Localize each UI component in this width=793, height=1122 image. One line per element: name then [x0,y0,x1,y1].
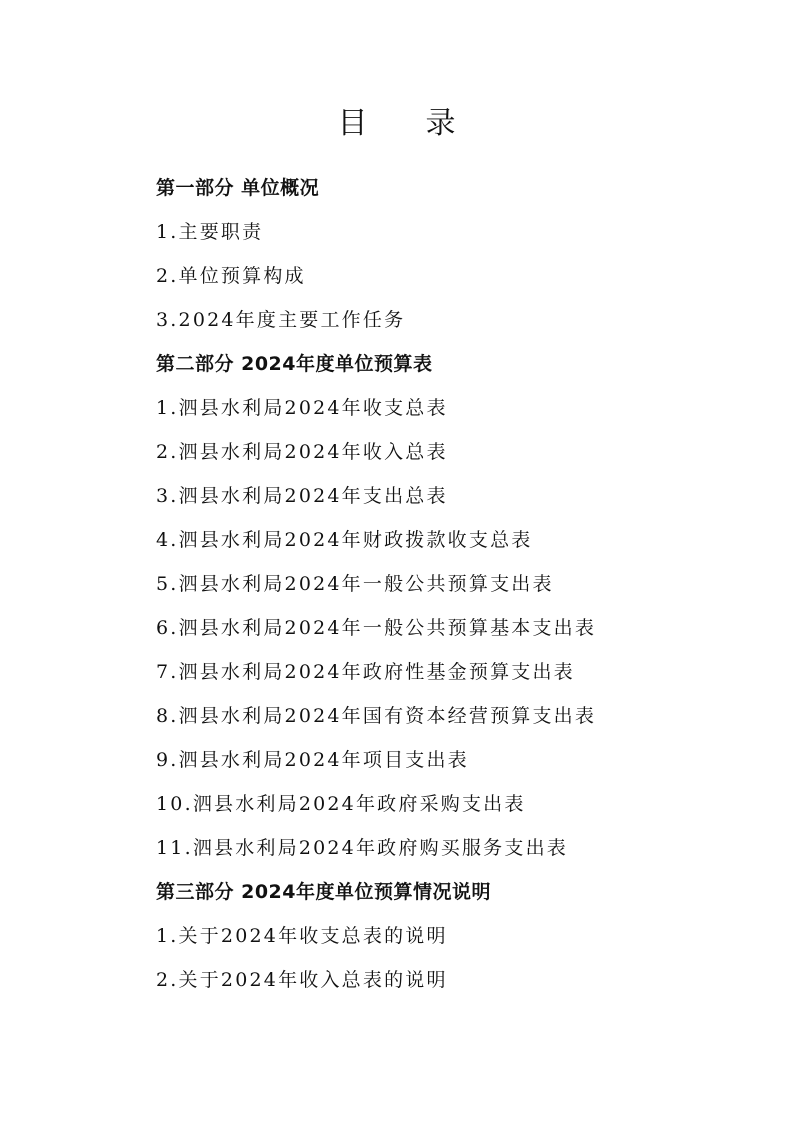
toc-entry: 8.泗县水利局2024年国有资本经营预算支出表 [156,703,596,729]
page-title: 目录 [0,98,793,142]
toc-entry: 1.主要职责 [156,219,263,245]
toc-entry: 6.泗县水利局2024年一般公共预算基本支出表 [156,615,596,641]
toc-entry: 3.2024年度主要工作任务 [156,307,405,333]
toc-entry: 2.泗县水利局2024年收入总表 [156,439,448,465]
toc-entry: 10.泗县水利局2024年政府采购支出表 [156,791,526,817]
toc-entry: 2.单位预算构成 [156,263,306,289]
toc-entry: 3.泗县水利局2024年支出总表 [156,483,448,509]
toc-entry: 1.关于2024年收支总表的说明 [156,923,448,949]
title-char-1: 目 [338,98,368,142]
toc-entry: 4.泗县水利局2024年财政拨款收支总表 [156,527,532,553]
toc-entry: 9.泗县水利局2024年项目支出表 [156,747,469,773]
toc-section-heading: 第三部分 2024年度单位预算情况说明 [156,879,491,905]
toc-entry: 5.泗县水利局2024年一般公共预算支出表 [156,571,554,597]
toc-entry: 11.泗县水利局2024年政府购买服务支出表 [156,835,568,861]
toc-section-heading: 第一部分 单位概况 [156,175,319,201]
toc-entry: 1.泗县水利局2024年收支总表 [156,395,448,421]
toc-entry: 2.关于2024年收入总表的说明 [156,967,448,993]
toc-section-heading: 第二部分 2024年度单位预算表 [156,351,433,377]
toc-entry: 7.泗县水利局2024年政府性基金预算支出表 [156,659,575,685]
title-char-2: 录 [426,98,456,142]
